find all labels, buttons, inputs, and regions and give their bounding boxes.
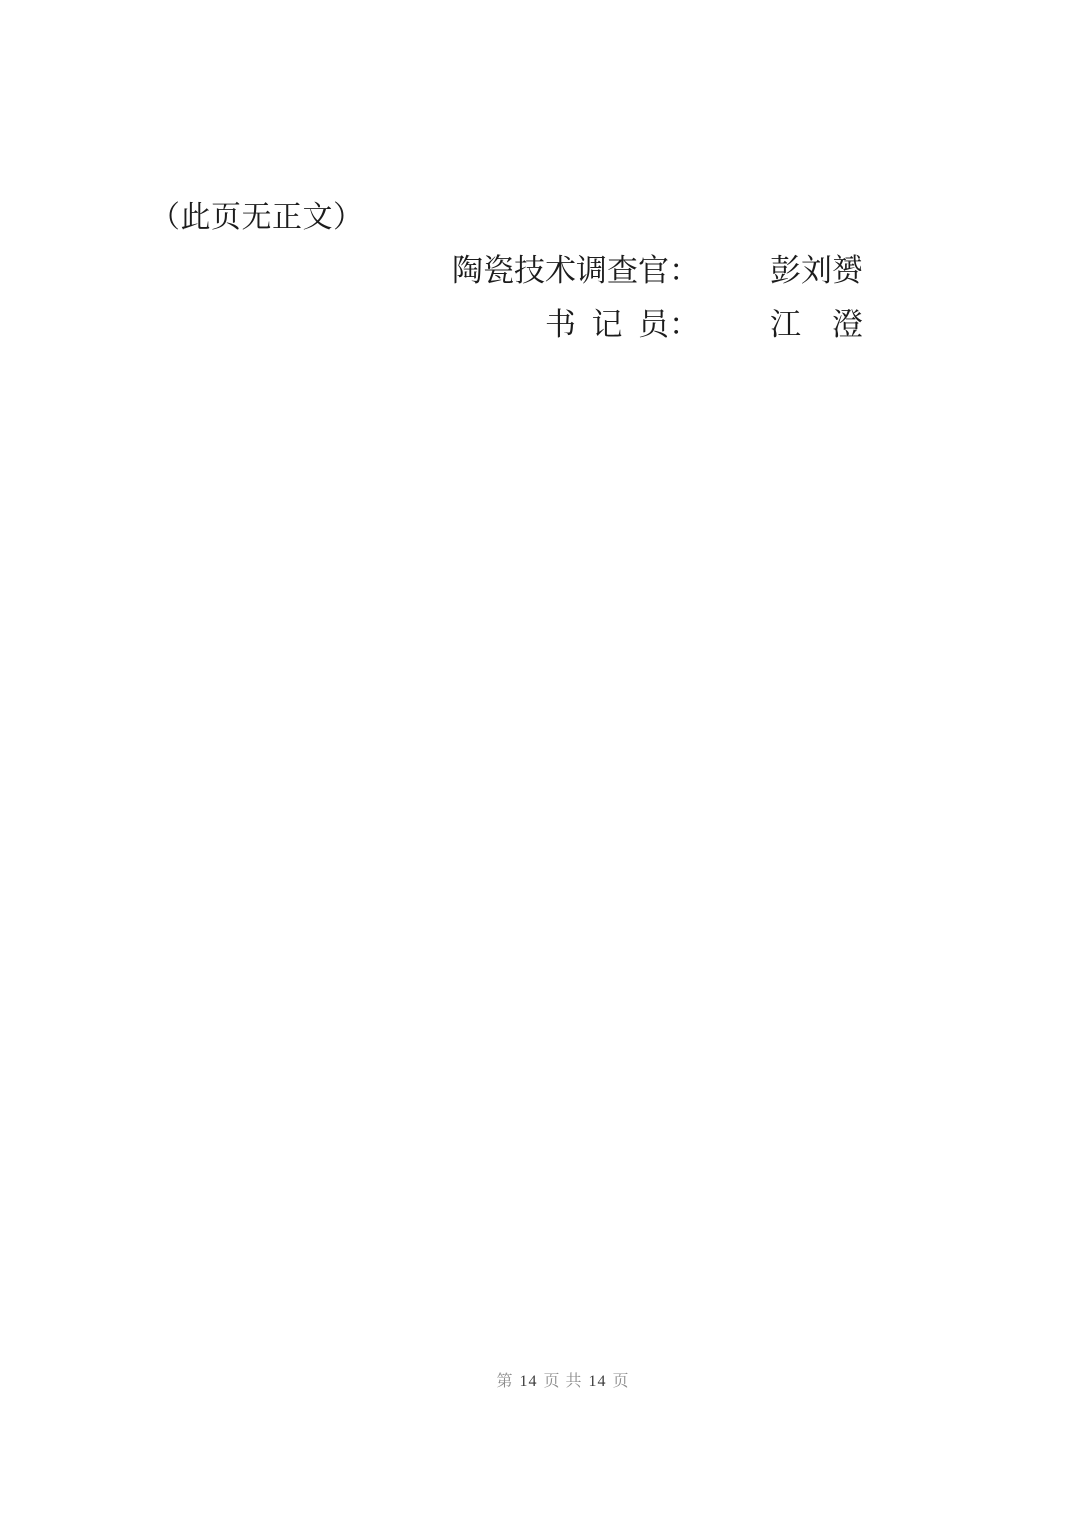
- clerk-role-label: 书 记 员：: [545, 299, 700, 344]
- footer-prefix-label: 第: [496, 1373, 513, 1390]
- document-page: （此页无正文） 陶瓷技术调查官： 彭刘赟 书 记 员： 江 澄 第14页 共14…: [0, 0, 1074, 1520]
- footer-middle-label: 页 共: [543, 1373, 582, 1390]
- signature-row-investigator: 陶瓷技术调查官： 彭刘赟: [0, 245, 1074, 289]
- footer-suffix-label: 页: [613, 1373, 630, 1390]
- no-body-text-notice: （此页无正文）: [150, 192, 364, 236]
- clerk-name: 江 澄: [770, 299, 863, 344]
- signature-row-clerk: 书 记 员： 江 澄: [0, 299, 1074, 343]
- footer-total-pages: 14: [589, 1373, 607, 1390]
- page-number-footer: 第14页 共14页: [26, 1368, 1074, 1391]
- footer-current-page: 14: [519, 1373, 537, 1390]
- investigator-name: 彭刘赟: [770, 245, 863, 290]
- investigator-role-label: 陶瓷技术调查官：: [452, 245, 700, 290]
